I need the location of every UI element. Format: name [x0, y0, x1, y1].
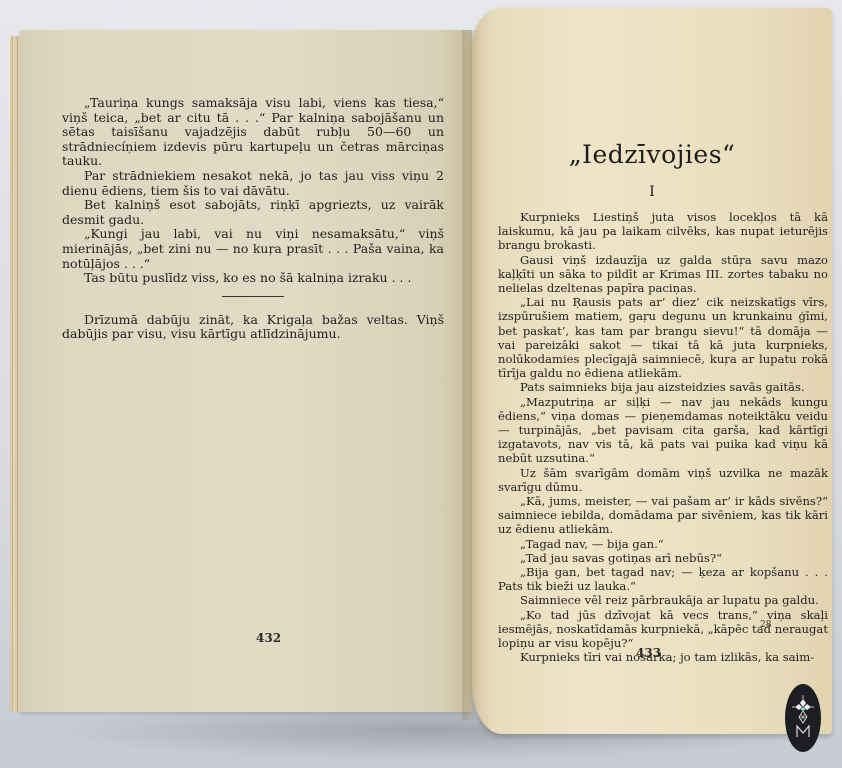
- paragraph: „Kungi jau labi, vai nu viņi nesamaksātu…: [62, 227, 444, 271]
- paragraph: „Kā, jums, meister, — vai pašam ar’ ir k…: [498, 494, 828, 537]
- watermark-logo: [785, 684, 821, 752]
- paragraph: Tas būtu puslīdz viss, ko es no šā kalni…: [62, 271, 444, 286]
- chapter-title: „Iedzīvojies“: [472, 140, 832, 169]
- right-page-text: Kurpnieks Liestiņš juta visos locekļos t…: [498, 210, 828, 665]
- paragraph: „Ko tad jūs dzīvojat kā vecs trans,“ viņ…: [498, 608, 828, 651]
- paragraph: „Mazputriņa ar siļķi — nav jau nekāds ku…: [498, 395, 828, 466]
- paragraph: Gausi viņš izdauzīja uz galda stūŗa savu…: [498, 253, 828, 296]
- book-gutter: [462, 30, 480, 720]
- left-page-text: „Tauriņa kungs samaksāja visu labi, vien…: [62, 96, 444, 342]
- section-separator: [222, 296, 284, 297]
- page-number-right: 433: [636, 646, 661, 660]
- paragraph: Saimniece vēl reiz pārbraukāja ar lupatu…: [498, 593, 828, 607]
- paragraph: „Tagad nav, — bija gan.“: [498, 537, 828, 551]
- paragraph: „Bija gan, bet tagad nav; — ķeza ar kopš…: [498, 565, 828, 593]
- paragraph: „Tauriņa kungs samaksāja visu labi, vien…: [62, 96, 444, 169]
- paragraph: „Tad jau savas gotiņas arī nebūs?“: [498, 551, 828, 565]
- paragraph: Bet kalniņš esot sabojāts, riņķī apgriez…: [62, 198, 444, 227]
- page-number-left: 432: [256, 631, 281, 645]
- paragraph: Pats saimnieks bija jau aizsteidzies sav…: [498, 380, 828, 394]
- diamond-flower-monogram-icon: [790, 693, 816, 743]
- paragraph: Par strādniekiem nesakot nekā, jo tas ja…: [62, 169, 444, 198]
- paragraph: Uz šām svarīgām domām viņš uzvilka ne ma…: [498, 466, 828, 494]
- chapter-number: I: [472, 184, 832, 200]
- paragraph: Kurpnieks Liestiņš juta visos locekļos t…: [498, 210, 828, 253]
- signature-mark: 28: [760, 620, 771, 630]
- paragraph: Drīzumā dabūju zināt, ka Krigaļa bažas v…: [62, 313, 444, 342]
- paragraph: Kurpnieks tīri vai nosarka; jo tam izlik…: [498, 650, 828, 664]
- paragraph: „Lai nu Ŗausis pats ar’ diez’ cik neizsk…: [498, 295, 828, 380]
